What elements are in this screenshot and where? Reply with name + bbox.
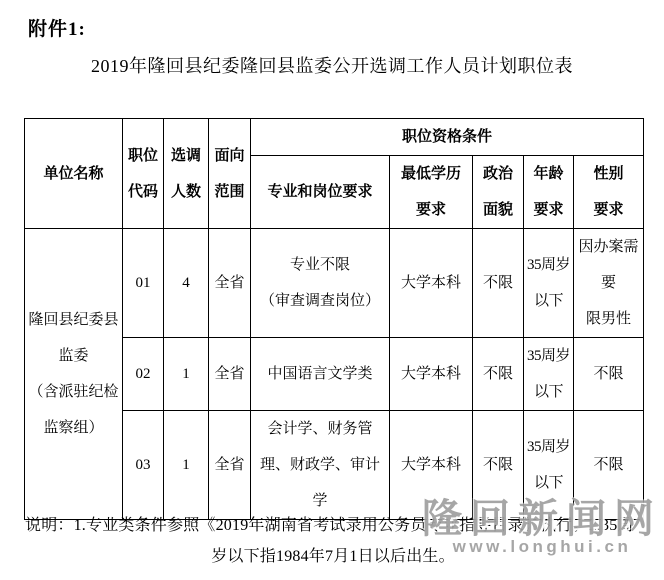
position-code-cell: 03 — [123, 411, 164, 520]
header-major-requirement: 专业和岗位要求 — [251, 156, 390, 229]
header-age-requirement: 年龄 要求 — [524, 156, 574, 229]
header-unit-name: 单位名称 — [25, 119, 123, 229]
major-requirement-cell: 中国语言文学类 — [251, 338, 390, 411]
header-gender-requirement: 性别 要求 — [574, 156, 644, 229]
age-requirement-cell: 35周岁 以下 — [524, 229, 574, 338]
education-cell: 大学本科 — [390, 411, 473, 520]
notes-section: 说明：1.专业类条件参照《2019年湖南省考试录用公务员专业指导目录》执行。2.… — [25, 510, 641, 572]
education-cell: 大学本科 — [390, 229, 473, 338]
header-education-requirement: 最低学历 要求 — [390, 156, 473, 229]
political-status-cell: 不限 — [473, 229, 524, 338]
scope-cell: 全省 — [209, 229, 251, 338]
selection-count-cell: 4 — [164, 229, 209, 338]
gender-requirement-cell: 不限 — [574, 411, 644, 520]
header-selection-count: 选调 人数 — [164, 119, 209, 229]
attachment-label: 附件1: — [28, 14, 86, 41]
selection-count-cell: 1 — [164, 411, 209, 520]
unit-name-cell: 隆回县纪委县 监委 （含派驻纪检 监察组） — [25, 229, 123, 520]
major-requirement-cell: 会计学、财务管 理、财政学、审计 学 — [251, 411, 390, 520]
age-requirement-cell: 35周岁 以下 — [524, 411, 574, 520]
political-status-cell: 不限 — [473, 411, 524, 520]
note-line-1: 说明：1.专业类条件参照《2019年湖南省考试录用公务员专业指导目录》执行。2.… — [25, 510, 641, 541]
age-requirement-cell: 35周岁 以下 — [524, 338, 574, 411]
header-scope: 面向 范围 — [209, 119, 251, 229]
position-code-cell: 02 — [123, 338, 164, 411]
header-qualification-group: 职位资格条件 — [251, 119, 644, 156]
table-row: 隆回县纪委县 监委 （含派驻纪检 监察组） 01 4 全省 专业不限 （审查调查… — [25, 229, 644, 338]
header-position-code: 职位 代码 — [123, 119, 164, 229]
gender-requirement-cell: 不限 — [574, 338, 644, 411]
page-title: 2019年隆回县纪委隆回县监委公开选调工作人员计划职位表 — [0, 52, 664, 78]
scope-cell: 全省 — [209, 411, 251, 520]
scope-cell: 全省 — [209, 338, 251, 411]
education-cell: 大学本科 — [390, 338, 473, 411]
political-status-cell: 不限 — [473, 338, 524, 411]
position-code-cell: 01 — [123, 229, 164, 338]
gender-requirement-cell: 因办案需 要 限男性 — [574, 229, 644, 338]
major-requirement-cell: 专业不限 （审查调查岗位） — [251, 229, 390, 338]
document-page: 附件1: 2019年隆回县纪委隆回县监委公开选调工作人员计划职位表 单位名称 职… — [0, 0, 664, 580]
header-political-status: 政治 面貌 — [473, 156, 524, 229]
selection-count-cell: 1 — [164, 338, 209, 411]
position-plan-table: 单位名称 职位 代码 选调 人数 面向 范围 职位资格条件 专业和岗位要求 最低… — [24, 118, 644, 520]
note-line-2: 岁以下指1984年7月1日以后出生。 — [25, 541, 641, 572]
